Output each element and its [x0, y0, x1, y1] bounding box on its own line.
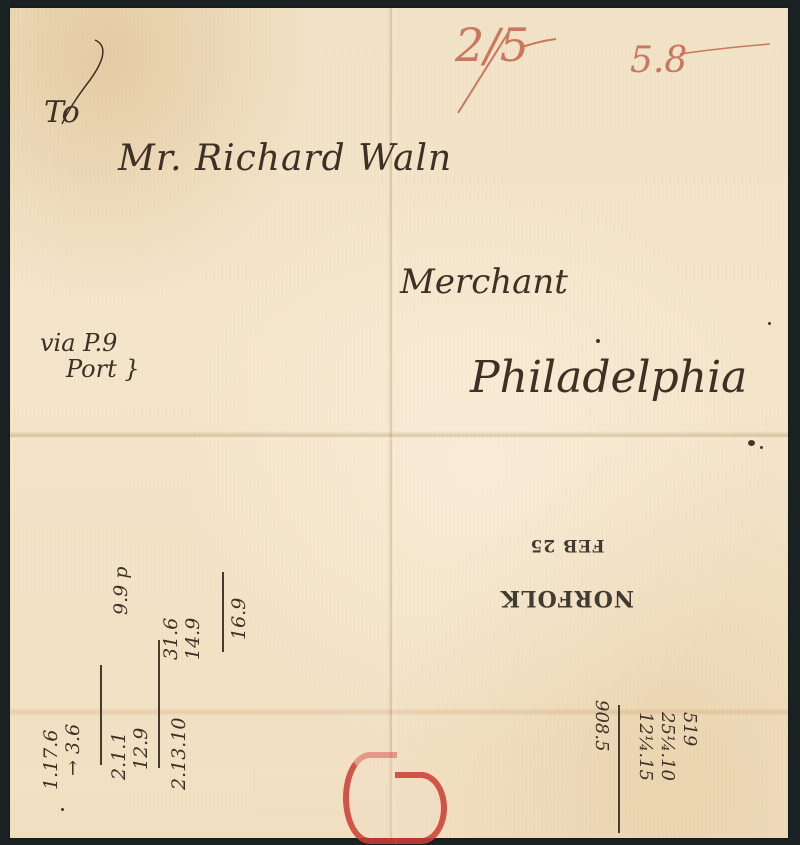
calc-column-4: 31.6 14.9 [160, 618, 204, 660]
ink-stain [768, 322, 771, 325]
calc-column-1-total: 2.1.1 12.9 [108, 728, 152, 780]
calc-column-3: 9.9 p [110, 567, 132, 615]
rate-marking-primary: 2/5 [455, 18, 529, 72]
horizontal-fold-line [10, 431, 788, 441]
rate-underline-stroke [680, 40, 780, 60]
calc-right-total: 908.5 [590, 700, 612, 752]
calc-column-2-total: 2.13.10 [168, 717, 190, 790]
calc-right-lines: 519 25¼.10 12¼.15 [634, 712, 700, 781]
postmark-town: NORFOLK [500, 585, 634, 611]
ink-stain [61, 808, 64, 811]
calc-column-1: 1.17.6 → 3.6 [40, 724, 84, 790]
calc-column-4-total: 16.9 [228, 598, 250, 640]
ink-stain [596, 339, 600, 343]
addressee-title: Merchant [400, 262, 568, 302]
calc-rule-1 [100, 665, 102, 765]
calc-right-rule [618, 705, 620, 833]
routing-line-1: via P.9 [40, 329, 117, 357]
addressee-name: Mr. Richard Waln [118, 138, 452, 179]
routing-line-2: Port } [66, 355, 140, 383]
wax-seal-left-half [343, 752, 397, 844]
destination-city: Philadelphia [470, 352, 747, 403]
ink-stain [760, 446, 763, 449]
postmark-date: FEB 25 [500, 535, 634, 555]
wax-seal-right-half [395, 772, 447, 844]
routing-note: via P.9 Port } [40, 330, 140, 382]
ink-stain [748, 440, 755, 446]
to-label: To [44, 95, 80, 130]
rate-marking-secondary: 5.8 [630, 40, 687, 81]
norfolk-postmark: NORFOLK FEB 25 [500, 535, 634, 611]
calc-rule-3 [222, 572, 224, 652]
